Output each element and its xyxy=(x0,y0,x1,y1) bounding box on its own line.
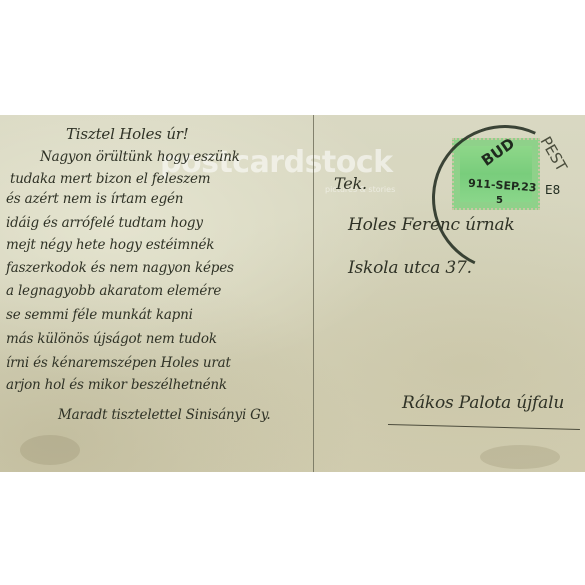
message-line: mejt négy hete hogy estéimnék xyxy=(6,237,214,253)
message-line: idáig és arrófelé tudtam hogy xyxy=(6,215,203,231)
address-prefix: Tek. xyxy=(334,174,367,193)
stain xyxy=(480,445,560,469)
address-underline xyxy=(388,424,580,430)
address-street: Iskola utca 37. xyxy=(348,258,472,278)
postmark-line2: 5 xyxy=(496,195,503,206)
address-name: Holes Ferenc úrnak xyxy=(348,215,515,235)
message-line: arjon hol és mikor beszélhetnénk xyxy=(6,377,227,393)
postcard: postcardstock pictures & stories Tisztel… xyxy=(0,115,585,472)
message-line: faszerkodok és nem nagyon képes xyxy=(6,260,234,276)
message-line: se semmi féle munkát kapni xyxy=(6,307,193,323)
message-line: és azért nem is írtam egén xyxy=(6,191,183,207)
page: postcardstock pictures & stories Tisztel… xyxy=(0,0,585,585)
message-line: Nagyon örültünk hogy eszünk xyxy=(40,149,240,165)
stain xyxy=(20,435,80,465)
message-line: írni és kénaremszépen Holes urat xyxy=(6,355,231,371)
postmark-suffix: E8 xyxy=(545,183,560,197)
address-city: Rákos Palota újfalu xyxy=(402,393,564,413)
card-divider xyxy=(313,115,314,472)
message-line: más különös újságot nem tudok xyxy=(6,331,217,347)
message-greeting: Tisztel Holes úr! xyxy=(66,125,189,143)
message-line: a legnagyobb akaratom elemére xyxy=(6,283,221,299)
message-signature: Maradt tisztelettel Sinisányi Gy. xyxy=(58,407,270,423)
message-line: tudaka mert bizon el feleszem xyxy=(10,171,210,187)
